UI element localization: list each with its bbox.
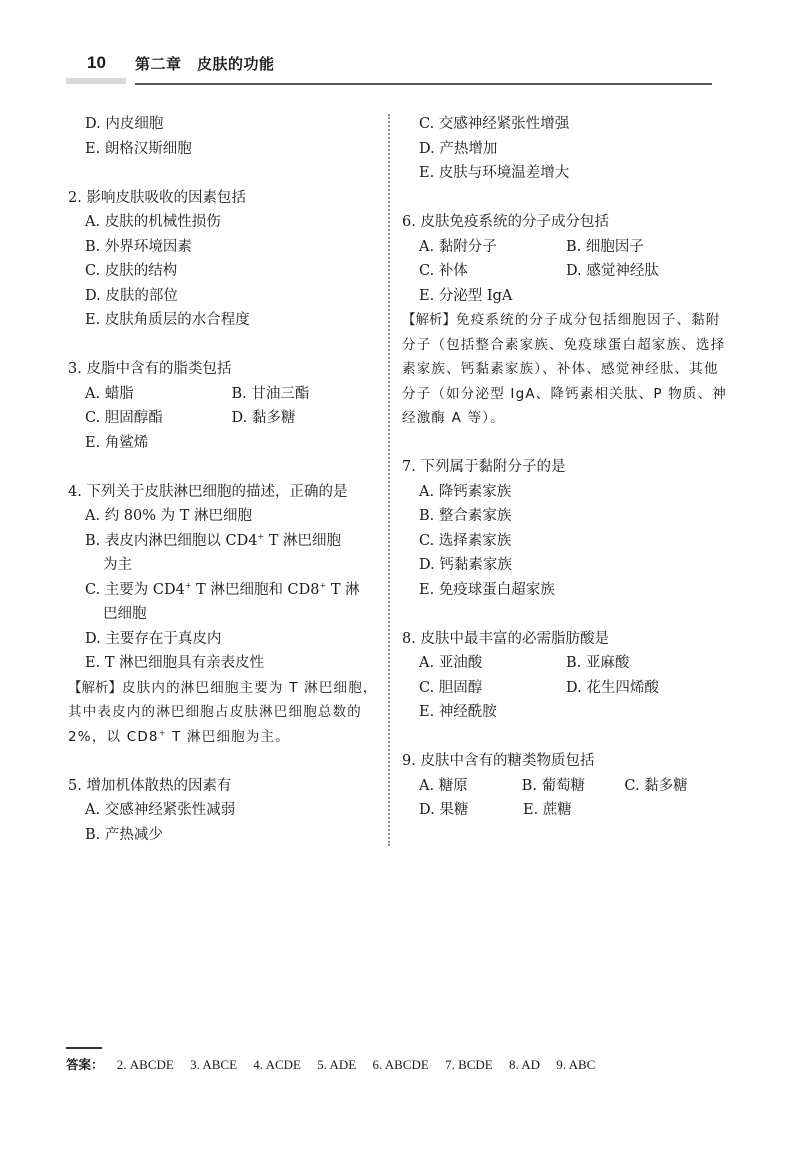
option: C. 胆固醇	[419, 676, 566, 701]
column-divider	[388, 114, 390, 846]
option-row: A. 糖原 B. 葡萄糖 C. 黏多糖	[402, 774, 727, 799]
option: C. 补体	[419, 259, 566, 284]
option: E. T 淋巴细胞具有亲表皮性	[68, 651, 378, 676]
question-9: 9. 皮肤中含有的糖类物质包括 A. 糖原 B. 葡萄糖 C. 黏多糖 D. 果…	[402, 749, 727, 823]
option: D. 黏多糖	[232, 406, 379, 431]
option: A. 亚油酸	[419, 651, 566, 676]
option: E. 皮肤与环境温差增大	[402, 161, 727, 186]
answer-item: 3. ABCE	[190, 1057, 237, 1072]
question-stem: 2. 影响皮肤吸收的因素包括	[68, 186, 378, 211]
answer-key-label: 答案：	[66, 1057, 104, 1072]
answer-item: 2. ABCDE	[117, 1057, 174, 1072]
option: C. 皮肤的结构	[68, 259, 378, 284]
option: B. 甘油三酯	[232, 382, 379, 407]
option: D. 内皮细胞	[68, 112, 378, 137]
option: D. 产热增加	[402, 137, 727, 162]
question-6: 6. 皮肤免疫系统的分子成分包括 A. 黏附分子 B. 细胞因子 C. 补体 D…	[402, 210, 727, 431]
question-stem: 3. 皮脂中含有的脂类包括	[68, 357, 378, 382]
page-header: 10 第二章 皮肤的功能	[0, 0, 800, 100]
answers-rule	[66, 1047, 102, 1049]
option-row: A. 蜡脂 B. 甘油三酯	[68, 382, 378, 407]
option: C. 选择素家族	[402, 529, 727, 554]
option: C. 主要为 CD4+ T 淋巴细胞和 CD8+ T 淋 巴细胞	[68, 578, 378, 627]
option: D. 花生四烯酸	[566, 676, 713, 701]
option: B. 葡萄糖	[522, 774, 625, 799]
option: E. 分泌型 IgA	[402, 284, 727, 309]
question-1-tail: D. 内皮细胞 E. 朗格汉斯细胞	[68, 112, 378, 161]
option: D. 主要存在于真皮内	[68, 627, 378, 652]
left-column: D. 内皮细胞 E. 朗格汉斯细胞 2. 影响皮肤吸收的因素包括 A. 皮肤的机…	[68, 112, 378, 847]
option: A. 约 80% 为 T 淋巴细胞	[68, 504, 378, 529]
question-stem: 9. 皮肤中含有的糖类物质包括	[402, 749, 727, 774]
answer-item: 8. AD	[509, 1057, 540, 1072]
answer-item: 5. ADE	[317, 1057, 356, 1072]
option: B. 外界环境因素	[68, 235, 378, 260]
option: B. 表皮内淋巴细胞以 CD4+ T 淋巴细胞 为主	[68, 529, 378, 578]
option: D. 钙黏素家族	[402, 553, 727, 578]
option: B. 细胞因子	[566, 235, 713, 260]
option: E. 免疫球蛋白超家族	[402, 578, 727, 603]
question-stem: 7. 下列属于黏附分子的是	[402, 455, 727, 480]
option-row: C. 补体 D. 感觉神经肽	[402, 259, 727, 284]
chapter-title: 第二章 皮肤的功能	[135, 53, 275, 74]
option-row: A. 亚油酸 B. 亚麻酸	[402, 651, 727, 676]
answer-item: 7. BCDE	[445, 1057, 493, 1072]
option: E. 蔗糖	[523, 798, 627, 823]
question-2: 2. 影响皮肤吸收的因素包括 A. 皮肤的机械性损伤 B. 外界环境因素 C. …	[68, 186, 378, 333]
option: B. 整合素家族	[402, 504, 727, 529]
option: C. 交感神经紧张性增强	[402, 112, 727, 137]
question-5: 5. 增加机体散热的因素有 A. 交感神经紧张性减弱 B. 产热减少	[68, 774, 378, 848]
question-8: 8. 皮肤中最丰富的必需脂肪酸是 A. 亚油酸 B. 亚麻酸 C. 胆固醇 D.…	[402, 627, 727, 725]
answer-item: 9. ABC	[556, 1057, 595, 1072]
option: D. 感觉神经肽	[566, 259, 713, 284]
question-stem: 5. 增加机体散热的因素有	[68, 774, 378, 799]
question-stem: 4. 下列关于皮肤淋巴细胞的描述，正确的是	[68, 480, 378, 505]
option: A. 蜡脂	[85, 382, 232, 407]
question-stem: 6. 皮肤免疫系统的分子成分包括	[402, 210, 727, 235]
question-5-tail: C. 交感神经紧张性增强 D. 产热增加 E. 皮肤与环境温差增大	[402, 112, 727, 186]
page-number: 10	[87, 53, 106, 73]
option-row: D. 果糖 E. 蔗糖	[402, 798, 727, 823]
option: C. 黏多糖	[624, 774, 727, 799]
question-stem: 8. 皮肤中最丰富的必需脂肪酸是	[402, 627, 727, 652]
option: E. 神经酰胺	[402, 700, 727, 725]
question-4: 4. 下列关于皮肤淋巴细胞的描述，正确的是 A. 约 80% 为 T 淋巴细胞 …	[68, 480, 378, 750]
option-row: C. 胆固醇 D. 花生四烯酸	[402, 676, 727, 701]
option: A. 黏附分子	[419, 235, 566, 260]
option-row: A. 黏附分子 B. 细胞因子	[402, 235, 727, 260]
page-number-bar	[66, 78, 126, 84]
option: A. 糖原	[419, 774, 522, 799]
question-7: 7. 下列属于黏附分子的是 A. 降钙素家族 B. 整合素家族 C. 选择素家族…	[402, 455, 727, 602]
option: A. 皮肤的机械性损伤	[68, 210, 378, 235]
option: D. 皮肤的部位	[68, 284, 378, 309]
option: D. 果糖	[419, 798, 523, 823]
answer-key: 答案： 2. ABCDE 3. ABCE 4. ACDE 5. ADE 6. A…	[66, 1055, 608, 1073]
analysis-note: 【解析】免疫系统的分子成分包括细胞因子、黏附分子（包括整合素家族、免疫球蛋白超家…	[402, 308, 727, 431]
analysis-note: 【解析】皮肤内的淋巴细胞主要为 T 淋巴细胞，其中表皮内的淋巴细胞占皮肤淋巴细胞…	[68, 676, 378, 750]
option: C. 胆固醇酯	[85, 406, 232, 431]
option: E. 朗格汉斯细胞	[68, 137, 378, 162]
right-column: C. 交感神经紧张性增强 D. 产热增加 E. 皮肤与环境温差增大 6. 皮肤免…	[402, 112, 727, 823]
option: B. 产热减少	[68, 823, 378, 848]
question-3: 3. 皮脂中含有的脂类包括 A. 蜡脂 B. 甘油三酯 C. 胆固醇酯 D. 黏…	[68, 357, 378, 455]
option: E. 皮肤角质层的水合程度	[68, 308, 378, 333]
option: A. 降钙素家族	[402, 480, 727, 505]
option: A. 交感神经紧张性减弱	[68, 798, 378, 823]
header-rule	[135, 83, 712, 85]
answer-item: 4. ACDE	[253, 1057, 301, 1072]
option-row: C. 胆固醇酯 D. 黏多糖	[68, 406, 378, 431]
answer-item: 6. ABCDE	[372, 1057, 428, 1072]
option: B. 亚麻酸	[566, 651, 713, 676]
option: E. 角鲨烯	[68, 431, 378, 456]
